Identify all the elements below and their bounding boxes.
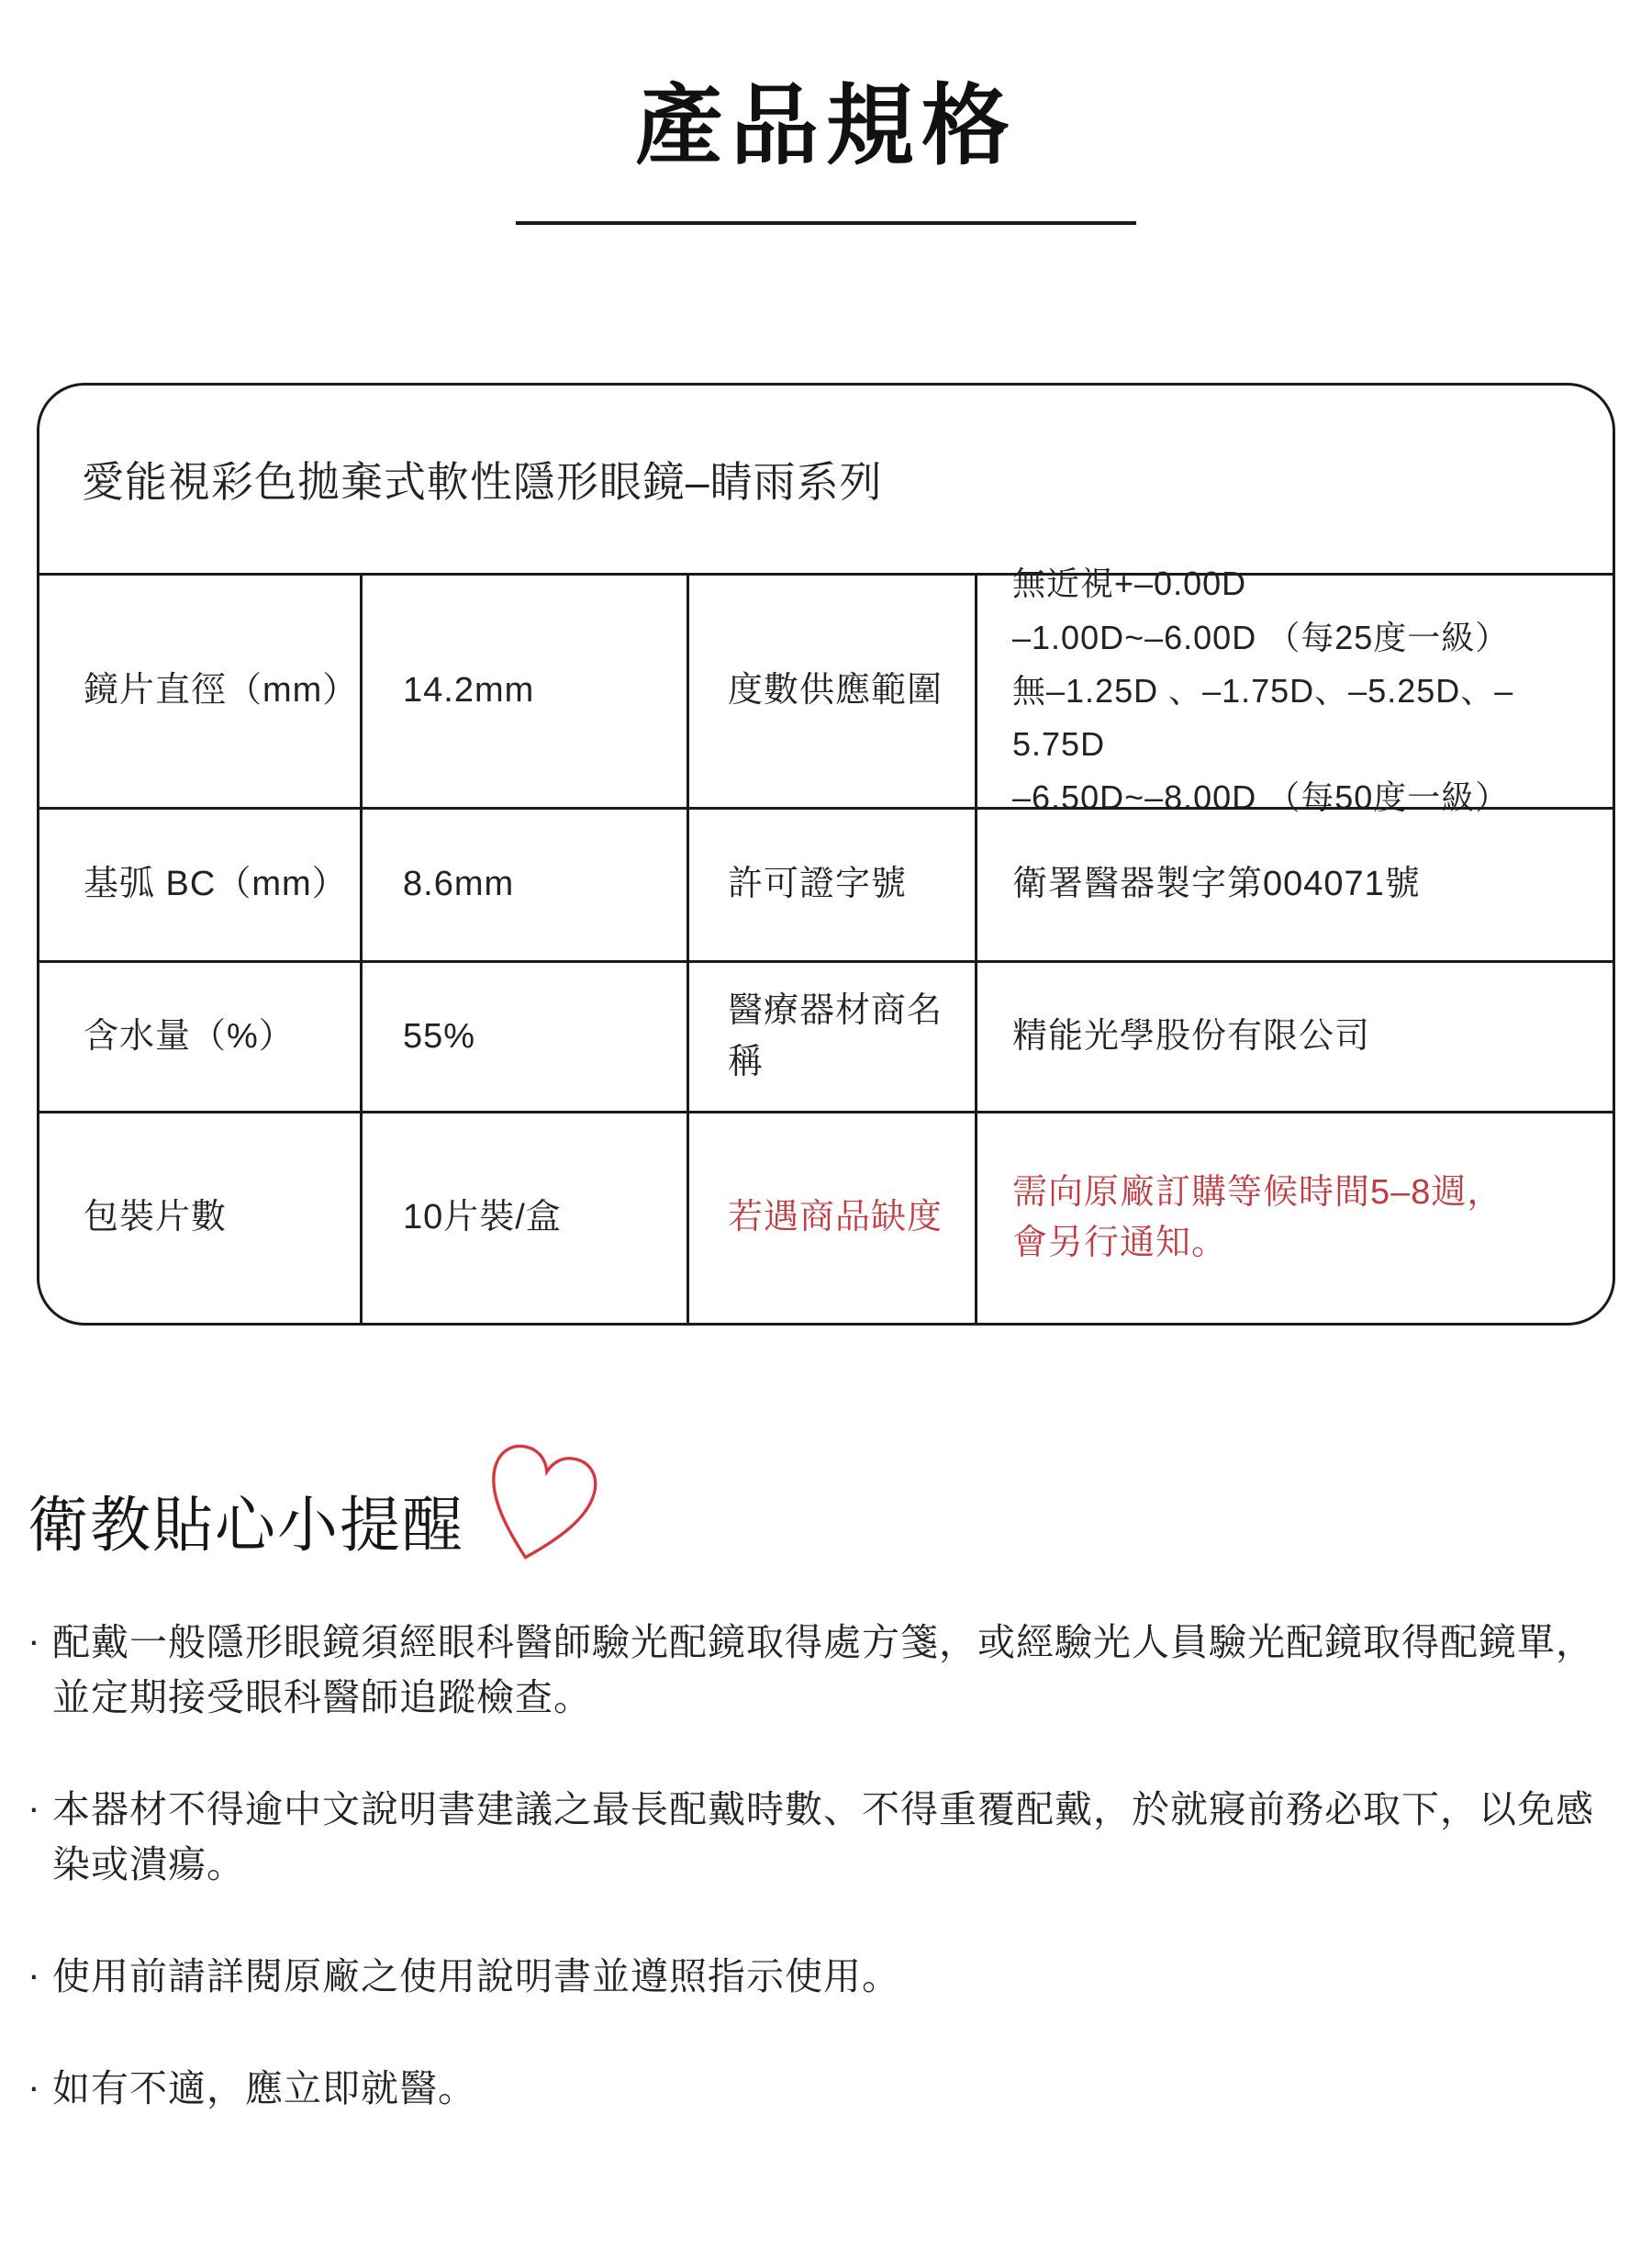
spec-label-base-curve: 基弧 BC（mm） xyxy=(39,807,360,960)
product-name-header: 愛能視彩色拋棄式軟性隱形眼鏡–睛雨系列 xyxy=(39,386,1613,573)
spec-label-water-content: 含水量（%） xyxy=(39,960,360,1111)
care-note: · 如有不適，應立即就醫。 xyxy=(28,2061,1619,2116)
care-note-text: 如有不適，應立即就醫。 xyxy=(52,2067,476,2109)
heart-icon xyxy=(474,1441,602,1574)
care-note: · 配戴一般隱形眼鏡須經眼科醫師驗光配鏡取得處方箋，或經驗光人員驗光配鏡取得配鏡… xyxy=(28,1615,1619,1725)
product-spec-page: 產品規格 愛能視彩色拋棄式軟性隱形眼鏡–睛雨系列 鏡片直徑（mm） 14.2mm… xyxy=(0,0,1652,2260)
care-note-text: 使用前請詳閱原廠之使用說明書並遵照指示使用。 xyxy=(52,1955,900,1997)
spec-label-shortage-notice: 若遇商品缺度 xyxy=(686,1111,975,1323)
page-title: 產品規格 xyxy=(0,83,1652,171)
care-note: · 使用前請詳閱原廠之使用說明書並遵照指示使用。 xyxy=(28,1949,1619,2004)
spec-label-pack-quantity: 包裝片數 xyxy=(39,1111,360,1323)
bullet-marker: · xyxy=(28,1780,41,1835)
bullet-marker: · xyxy=(28,2059,41,2114)
spec-label-license-number: 許可證字號 xyxy=(686,807,975,960)
spec-table: 愛能視彩色拋棄式軟性隱形眼鏡–睛雨系列 鏡片直徑（mm） 14.2mm 度數供應… xyxy=(37,383,1615,1326)
power-range-line: 無近視+–0.00D xyxy=(1012,557,1598,610)
spec-value-power-range: 無近視+–0.00D –1.00D~–6.00D （每25度一級） 無–1.25… xyxy=(975,573,1613,807)
spec-value-shortage-notice: 需向原廠訂購等候時間5–8週， 會另行通知。 xyxy=(975,1111,1613,1323)
bullet-marker: · xyxy=(28,1947,41,2002)
shortage-notice-line: 需向原廠訂購等候時間5–8週， xyxy=(1012,1168,1598,1218)
spec-value-license-number: 衛署醫器製字第004071號 xyxy=(975,807,1613,960)
care-heading-wrap: 衛教貼心小提醒 xyxy=(28,1489,464,1561)
spec-value-device-company: 精能光學股份有限公司 xyxy=(975,960,1613,1111)
care-notes-list: · 配戴一般隱形眼鏡須經眼科醫師驗光配鏡取得處方箋，或經驗光人員驗光配鏡取得配鏡… xyxy=(28,1615,1619,2116)
power-range-line: –1.00D~–6.00D （每25度一級） xyxy=(1012,611,1598,665)
care-note-text: 配戴一般隱形眼鏡須經眼科醫師驗光配鏡取得處方箋，或經驗光人員驗光配鏡取得配鏡單，… xyxy=(52,1621,1594,1718)
spec-value-water-content: 55% xyxy=(360,960,686,1111)
spec-label-device-company: 醫療器材商名稱 xyxy=(686,960,975,1111)
power-range-line: 無–1.25D 、–1.75D、–5.25D、–5.75D xyxy=(1012,665,1598,772)
bullet-marker: · xyxy=(28,1613,41,1668)
spec-label-power-range: 度數供應範圍 xyxy=(686,573,975,807)
care-note: · 本器材不得逾中文說明書建議之最長配戴時數、不得重覆配戴，於就寢前務必取下，以… xyxy=(28,1782,1619,1892)
title-underline xyxy=(516,221,1136,225)
care-note-text: 本器材不得逾中文說明書建議之最長配戴時數、不得重覆配戴，於就寢前務必取下，以免感… xyxy=(52,1788,1594,1885)
spec-value-base-curve: 8.6mm xyxy=(360,807,686,960)
spec-value-lens-diameter: 14.2mm xyxy=(360,573,686,807)
care-section-heading: 衛教貼心小提醒 xyxy=(28,1491,464,1559)
shortage-notice-line: 會另行通知。 xyxy=(1012,1218,1598,1269)
spec-label-lens-diameter: 鏡片直徑（mm） xyxy=(39,573,360,807)
spec-value-pack-quantity: 10片裝/盒 xyxy=(360,1111,686,1323)
